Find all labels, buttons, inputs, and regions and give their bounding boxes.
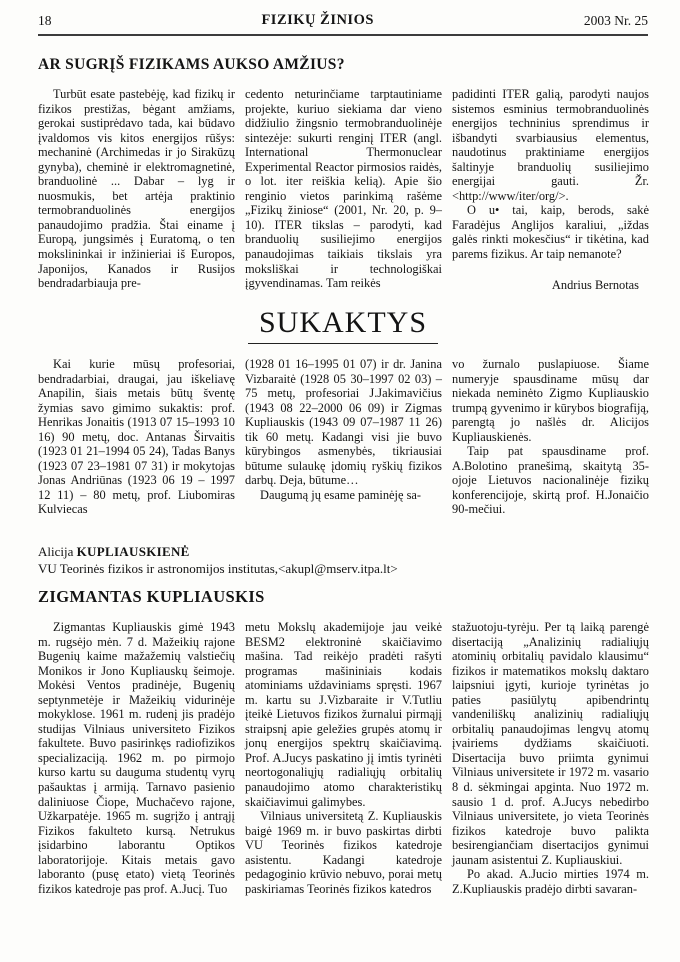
text-column: Zigmantas Kupliauskis gimė 1943 m. rugsė… [38,620,235,896]
author-first-name: Alicija [38,544,77,559]
paragraph: Po akad. A.Jucio mirties 1974 m. Z.Kupli… [452,867,649,896]
article2-columns: Zigmantas Kupliauskis gimė 1943 m. rugsė… [38,620,648,896]
journal-title: FIZIKŲ ŽINIOS [261,12,373,29]
author-affiliation: VU Teorinės fizikos ir astronomijos inst… [38,560,648,577]
paragraph: Zigmantas Kupliauskis gimė 1943 m. rugsė… [38,620,235,896]
article2-title: ZIGMANTAS KUPLIAUSKIS [38,587,648,607]
page-header: 18 FIZIKŲ ŽINIOS 2003 Nr. 25 [38,12,648,36]
paragraph: Vilniaus universitetą Z. Kupliauskis bai… [245,809,442,896]
byline-author: Alicija KUPLIAUSKIENĖ [38,543,648,560]
text-column: Turbūt esate pastebėję, kad fizikų ir fi… [38,87,235,294]
text-column: stažuotoju-tyrėju. Per tą laiką parengė … [452,620,649,896]
text-column: cedento neturinčiame tarptautiniame proj… [245,87,442,294]
paragraph: Taip pat spausdiname prof. A.Bolotino pr… [452,444,649,517]
byline: Alicija KUPLIAUSKIENĖ VU Teorinės fiziko… [38,543,648,577]
paragraph: vo žurnalo puslapiuose. Šiame numeryje s… [452,357,649,444]
paragraph: padidinti ITER galią, parodyti naujos si… [452,87,649,203]
article1-columns: Turbūt esate pastebėję, kad fizikų ir fi… [38,87,648,294]
text-column: (1928 01 16–1995 01 07) ir dr. Janina Vi… [245,357,442,519]
paragraph: stažuotoju-tyrėju. Per tą laiką parengė … [452,620,649,867]
text-column: padidinti ITER galią, parodyti naujos si… [452,87,649,294]
paragraph: O u• tai, kaip, berods, sakė Faradėjus A… [452,203,649,261]
paragraph: Kai kurie mūsų profesoriai, bendradarbia… [38,357,235,517]
author-signature: Andrius Bernotas [452,278,649,293]
heading-underline [248,343,438,344]
sukaktys-heading: SUKAKTYS [38,308,648,344]
paragraph: (1928 01 16–1995 01 07) ir dr. Janina Vi… [245,357,442,488]
paragraph: cedento neturinčiame tarptautiniame proj… [245,87,442,291]
text-column: metu Mokslų akademijoje jau veikė BESM2 … [245,620,442,896]
section-title: SUKAKTYS [38,308,648,338]
article1-title: AR SUGRĮŠ FIZIKAMS AUKSO AMŽIUS? [38,56,648,74]
paragraph: metu Mokslų akademijoje jau veikė BESM2 … [245,620,442,809]
paragraph: Daugumą jų esame paminėję sa- [245,488,442,503]
text-column: Kai kurie mūsų profesoriai, bendradarbia… [38,357,235,519]
issue-label: 2003 Nr. 25 [584,13,648,29]
text-column: vo žurnalo puslapiuose. Šiame numeryje s… [452,357,649,519]
sukaktys-columns: Kai kurie mūsų profesoriai, bendradarbia… [38,357,648,519]
journal-page: 18 FIZIKŲ ŽINIOS 2003 Nr. 25 AR SUGRĮŠ F… [0,0,680,962]
author-last-name: KUPLIAUSKIENĖ [77,544,190,559]
paragraph: Turbūt esate pastebėję, kad fizikų ir fi… [38,87,235,291]
page-number: 18 [38,13,52,29]
